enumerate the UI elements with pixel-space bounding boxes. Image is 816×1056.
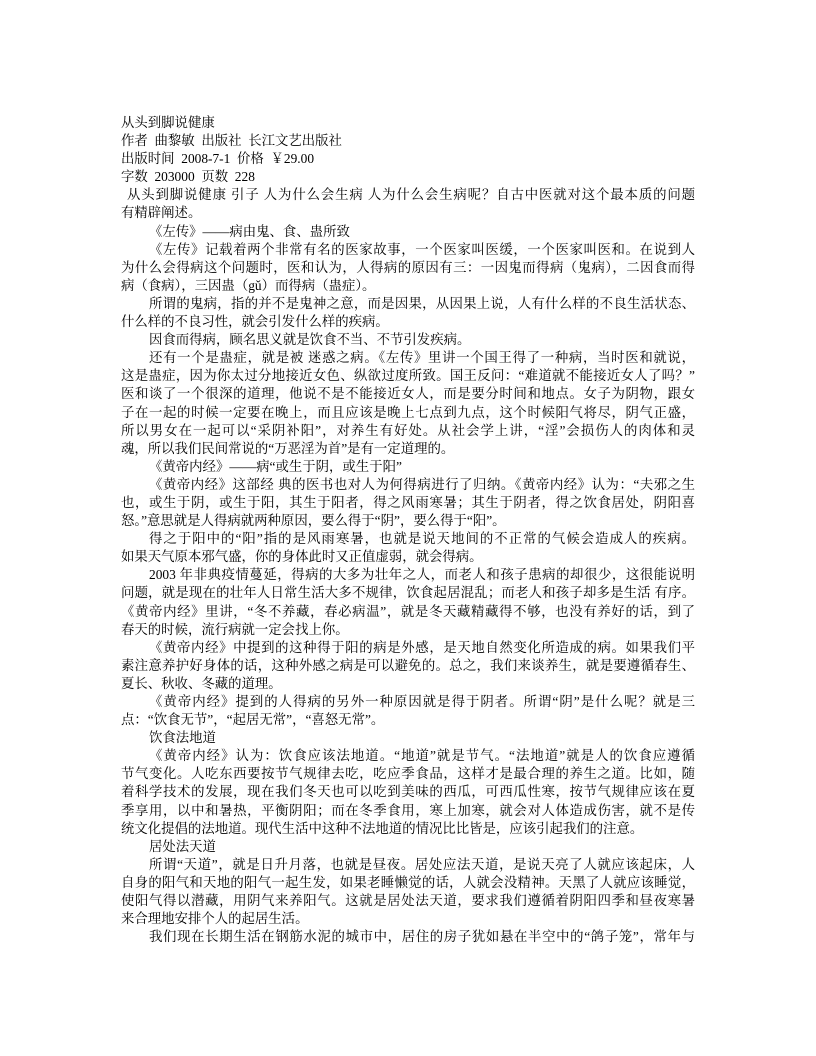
paragraph-line: 如果天气原本邪气盛，你的身体此时又正值虚弱，就会得病。: [121, 548, 695, 566]
publisher-value: 长江文艺出版社: [248, 133, 342, 148]
paragraph-line: 点：“饮食无节”，“起居无常”，“喜怒无常”。: [121, 711, 695, 729]
paragraph-line: 魂，所以我们民间常说的“万恶淫为首”是有一定道理的。: [121, 440, 695, 458]
paragraph-line: 所谓“天道”，就是日升月落，也就是昼夜。居处应法天道，是说天亮了人就应该起床，人: [121, 856, 695, 874]
paragraph-line: 《黄帝内经》提到的人得病的另外一种原因就是得于阴者。所谓“阴”是什么呢？就是三: [121, 693, 695, 711]
section-heading: 居处法天道: [121, 838, 695, 856]
paragraph-line: 《黄帝内经》这部经 典的医书也对人为何得病进行了归纳。《黄帝内经》认为：“夫邪之…: [121, 476, 695, 494]
pages-value: 228: [235, 169, 255, 184]
paragraph-line: 为什么会得病这个问题时，医和认为，人得病的原因有三：一因鬼而得病（鬼病），二因食…: [121, 259, 695, 277]
book-date-price: 出版时间2008-7-1价格￥29.00: [121, 150, 695, 168]
book-title: 从头到脚说健康: [121, 114, 695, 132]
paragraph-line: 来合理地安排个人的起居生活。: [121, 910, 695, 928]
paragraph-line: 有精辟阐述。: [121, 204, 695, 222]
paragraph-line: 《黄帝内经》中提到的这种得于阳的病是外感，是天地自然变化所造成的病。如果我们平: [121, 639, 695, 657]
paragraph-line: 子在一起的时候一定要在晚上，而且应该是晚上七点到九点，这个时候阳气将尽，阴气正盛…: [121, 404, 695, 422]
paragraph-line: 这是蛊症，因为你太过分地接近女色、纵欲过度所致。国王反问：“难道就不能接近女人了…: [121, 367, 695, 385]
paragraph-line: 季享用，以中和暑热，平衡阴阳；而在冬季食用，寒上加寒，就会对人体造成伤害，就不是…: [121, 802, 695, 820]
paragraph-line: 所谓的鬼病，指的并不是鬼神之意，而是因果，从因果上说，人有什么样的不良生活状态、: [121, 295, 695, 313]
paragraph-line: 问题，就是现在的壮年人日常生活大多不规律，饮食起居混乱；而老人和孩子却多是生活 …: [121, 584, 695, 602]
pages-label: 页数: [201, 169, 228, 184]
intro-line: 从头到脚说健康 引子 人为什么会生病 人为什么会生病呢？自古中医就对这个最本质的…: [121, 186, 695, 204]
paragraph-line: 着科学技术的发展，现在我们冬天也可以吃到美味的西瓜，可西瓜性寒，按节气规律应该在…: [121, 783, 695, 801]
paragraph-line: 怒。”意思就是人得病就两种原因，要么得于“阴”，要么得于“阳”。: [121, 512, 695, 530]
word-count-label: 字数: [121, 169, 148, 184]
paragraph-line: 2003 年非典疫情蔓延，得病的大多为壮年之人，而老人和孩子患病的却很少，这很能…: [121, 566, 695, 584]
paragraph-line: 得之于阳中的“阳”指的是风雨寒暑，也就是说天地间的不正常的气候会造成人的疾病。: [121, 530, 695, 548]
paragraph-line: 夏长、秋收、冬藏的道理。: [121, 675, 695, 693]
book-author-publisher: 作者曲黎敏出版社长江文艺出版社: [121, 132, 695, 150]
price-label: 价格: [237, 151, 264, 166]
section-heading: 《黄帝内经》——病“或生于阴，或生于阳”: [121, 458, 695, 476]
pub-date-value: 2008-7-1: [181, 151, 230, 166]
paragraph-line: 所以男女在一起可以“采阴补阳”，对养生有好处。从社会学上讲，“淫”会损伤人的肉体…: [121, 422, 695, 440]
paragraph-line: 自身的阳气和天地的阳气一起生发，如果老睡懒觉的话，人就会没精神。天黑了人就应该睡…: [121, 874, 695, 892]
pub-date-label: 出版时间: [121, 151, 175, 166]
paragraph-line: 《黄帝内经》认为：饮食应该法地道。“地道”就是节气。“法地道”就是人的饮食应遵循: [121, 747, 695, 765]
paragraph-line: 《左传》记载着两个非常有名的医家故事，一个医家叫医缓，一个医家叫医和。在说到人: [121, 241, 695, 259]
paragraph-line: 还有一个是蛊症，就是被 迷惑之病。《左传》里讲一个国王得了一种病，当时医和就说，: [121, 349, 695, 367]
paragraph-line: 《黄帝内经》里讲，“冬不养藏，春必病温”，就是冬天藏精藏得不够，也没有养好的话，…: [121, 603, 695, 621]
price-value: ￥29.00: [271, 151, 315, 166]
publisher-label: 出版社: [201, 133, 241, 148]
document-text: 从头到脚说健康 作者曲黎敏出版社长江文艺出版社 出版时间2008-7-1价格￥2…: [121, 114, 695, 946]
document-page: 从头到脚说健康 作者曲黎敏出版社长江文艺出版社 出版时间2008-7-1价格￥2…: [0, 0, 816, 1056]
paragraph-line: 医和谈了一个很深的道理，他说不是不能接近女人，而是要分时间和地点。女子为阴物，跟…: [121, 385, 695, 403]
paragraph-line: 统文化提倡的法地道。现代生活中这种不法地道的情况比比皆是，应该引起我们的注意。: [121, 820, 695, 838]
word-count-value: 203000: [154, 169, 194, 184]
section-heading: 《左传》——病由鬼、食、蛊所致: [121, 223, 695, 241]
paragraph-line: 使阳气得以潜藏，用阴气来养阳气。这就是居处法天道，要求我们遵循着阴阳四季和昼夜寒…: [121, 892, 695, 910]
author-value: 曲黎敏: [154, 133, 194, 148]
paragraph-line: 节气变化。人吃东西要按节气规律去吃，吃应季食品，这样才是最合理的养生之道。比如，…: [121, 765, 695, 783]
paragraph-line: 病（食病），三因蛊（gǔ）而得病（蛊症）。: [121, 277, 695, 295]
book-words-pages: 字数203000页数228: [121, 168, 695, 186]
paragraph-line: 春天的时候，流行病就一定会找上你。: [121, 621, 695, 639]
paragraph-line: 也，或生于阴，或生于阳，其生于阳者，得之风雨寒暑；其生于阴者，得之饮食居处，阴阳…: [121, 494, 695, 512]
paragraph-line: 什么样的不良习性，就会引发什么样的疾病。: [121, 313, 695, 331]
section-heading: 饮食法地道: [121, 729, 695, 747]
paragraph-line: 我们现在长期生活在钢筋水泥的城市中，居住的房子犹如悬在半空中的“鸽子笼”，常年与: [121, 928, 695, 946]
paragraph-line: 素注意养护好身体的话，这种外感之病是可以避免的。总之，我们来谈养生，就是要遵循春…: [121, 657, 695, 675]
paragraph-line: 因食而得病，顾名思义就是饮食不当、不节引发疾病。: [121, 331, 695, 349]
author-label: 作者: [121, 133, 148, 148]
